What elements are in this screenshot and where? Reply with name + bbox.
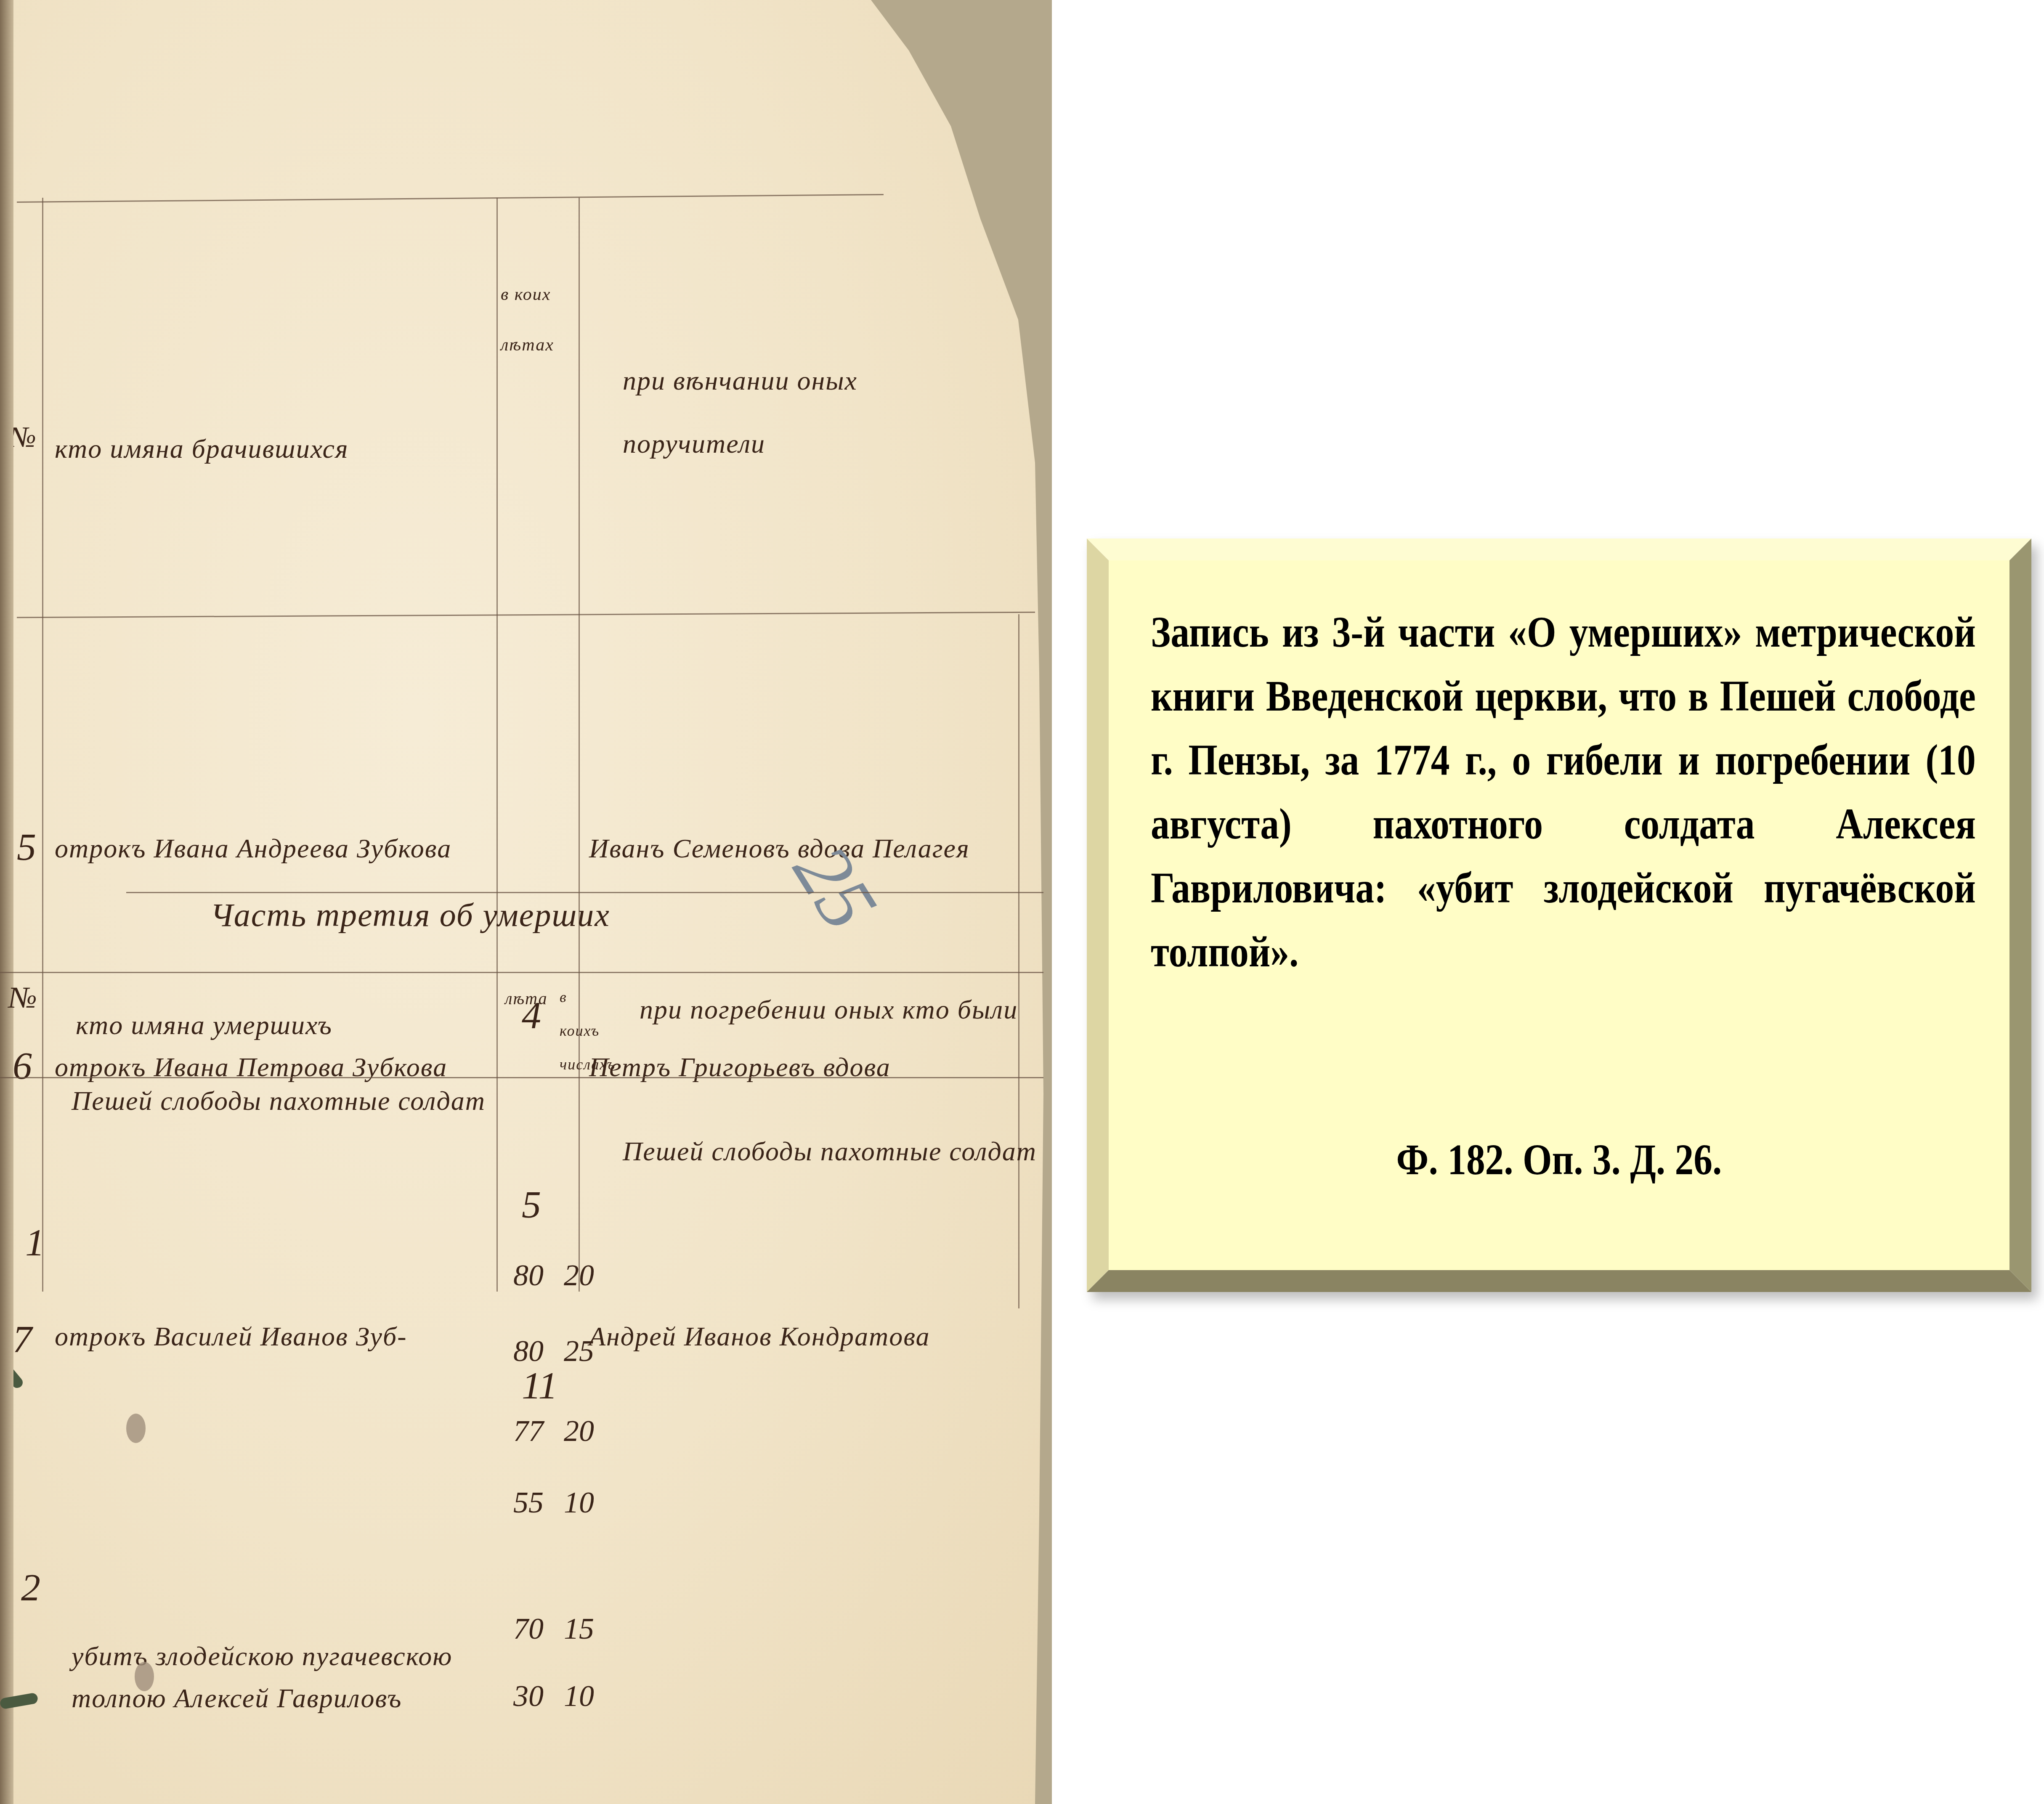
table-rule	[579, 198, 580, 1292]
book-spine-edge	[0, 0, 13, 1804]
caption-face: Запись из 3-й части «О умерших» метричес…	[1109, 560, 2009, 1270]
row-age: 5	[522, 1182, 541, 1227]
handwritten-entry: Андрей Иванов Кондратова	[589, 1321, 930, 1352]
row-age: 11	[522, 1363, 557, 1408]
row-number: 5	[17, 825, 36, 869]
row-number: 6	[13, 1043, 32, 1088]
caption-bevel	[1087, 539, 1109, 1292]
table-rule	[17, 612, 1035, 618]
binding-hole	[126, 1414, 146, 1443]
row-number: 7	[13, 1317, 32, 1361]
handwritten-entry: Петръ Григорьевъ вдова	[589, 1052, 891, 1083]
caption-box: Запись из 3-й части «О умерших» метричес…	[1087, 539, 2031, 1292]
table-rule	[17, 194, 884, 203]
table-rule	[1018, 614, 1019, 1308]
caption-bevel	[2009, 539, 2031, 1292]
handwritten-entry: отрокъ Ивана Андреева Зубкова	[55, 833, 451, 864]
table-rule	[496, 198, 498, 1292]
caption-description: Запись из 3-й части «О умерших» метричес…	[1151, 600, 1976, 984]
archive-reference: Ф. 182. Оп. 3. Д. 26.	[1172, 1135, 1946, 1185]
manuscript-scan: № кто имяна брачившихся в коих лѣтах при…	[0, 0, 1052, 1804]
handwritten-entry: отрокъ Ивана Петрова Зубкова	[55, 1052, 447, 1083]
header-witnesses: при вѣнчании оных поручители	[623, 349, 942, 475]
handwritten-entry: Иванъ Семеновъ вдова Пелагея	[589, 833, 970, 864]
handwritten-entry: отрокъ Василей Иванов Зуб-	[55, 1321, 407, 1352]
caption-bevel	[1087, 1270, 2031, 1292]
table-rule	[42, 198, 43, 1292]
row-age: 4	[522, 993, 541, 1037]
caption-bevel	[1087, 539, 2031, 560]
manuscript-page: № кто имяна брачившихся в коих лѣтах при…	[0, 0, 1043, 1804]
header-names: кто имяна брачившихся	[55, 433, 349, 464]
header-age: в коих лѣтах	[501, 269, 572, 370]
